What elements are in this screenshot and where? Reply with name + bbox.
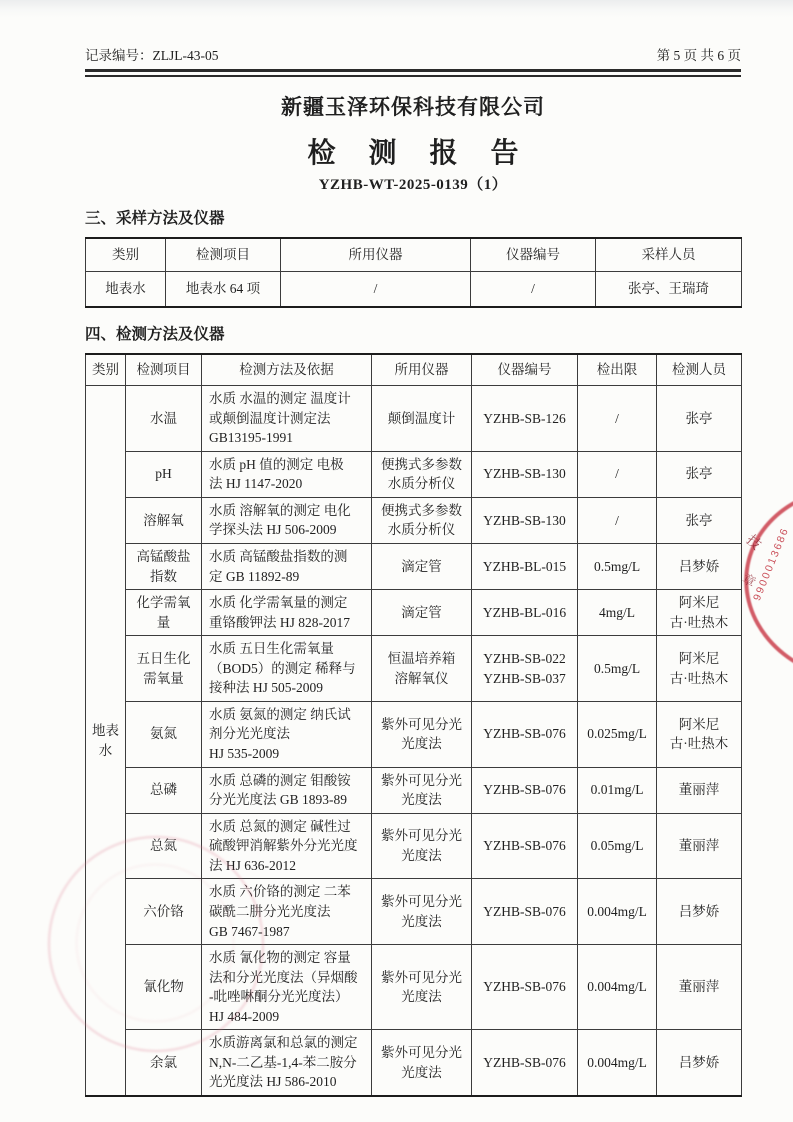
table-cell: /: [471, 272, 596, 308]
table-cell: 水质 五日生化需氧量 （BOD5）的测定 稀释与 接种法 HJ 505-2009: [202, 636, 372, 702]
table-cell: 0.5mg/L: [578, 636, 657, 702]
column-header: 仪器编号: [471, 238, 596, 272]
column-header: 类别: [86, 354, 126, 386]
table-cell: 水质 总氮的测定 碱性过 硫酸钾消解紫外分光光度 法 HJ 636-2012: [202, 813, 372, 879]
table-cell: 高锰酸盐指数: [126, 543, 202, 589]
table-cell: 总氮: [126, 813, 202, 879]
table-cell: 吕梦娇: [657, 1030, 742, 1096]
column-header: 所用仪器: [281, 238, 471, 272]
table-cell: YZHB-SB-130: [472, 497, 578, 543]
table-cell: 阿米尼 古·吐热木: [657, 636, 742, 702]
table-cell: 水质 氰化物的测定 容量 法和分光光度法（异烟酸 -吡唑啉酮分光光度法） HJ …: [202, 945, 372, 1030]
column-header: 检测人员: [657, 354, 742, 386]
table-cell: 余氯: [126, 1030, 202, 1096]
table-row: 氰化物 水质 氰化物的测定 容量 法和分光光度法（异烟酸 -吡唑啉酮分光光度法）…: [86, 945, 742, 1030]
table-cell: 氨氮: [126, 701, 202, 767]
report-number: YZHB-WT-2025-0139（1）: [85, 173, 741, 194]
table-cell: 六价铬: [126, 879, 202, 945]
table-cell: 水质游离氯和总氯的测定 N,N-二乙基-1,4-苯二胺分 光光度法 HJ 586…: [202, 1030, 372, 1096]
table-row: 地表水 水温 水质 水温的测定 温度计 或颠倒温度计测定法 GB13195-19…: [86, 386, 742, 452]
table-cell: 4mg/L: [578, 590, 657, 636]
table-cell: 张亭: [657, 386, 742, 452]
table-cell: 水质 水温的测定 温度计 或颠倒温度计测定法 GB13195-1991: [202, 386, 372, 452]
table-cell: 水质 氨氮的测定 纳氏试 剂分光光度法 HJ 535-2009: [202, 701, 372, 767]
table-row: 总磷 水质 总磷的测定 钼酸铵 分光光度法 GB 1893-89 紫外可见分光 …: [86, 767, 742, 813]
table-cell: 便携式多参数 水质分析仪: [372, 497, 472, 543]
table-cell: 水质 高锰酸盐指数的测 定 GB 11892-89: [202, 543, 372, 589]
page-header: 记录编号：ZLJL-43-05 第 5 页 共 6 页: [85, 44, 741, 64]
table-cell: 地表水: [86, 272, 166, 308]
table-cell: /: [578, 451, 657, 497]
table-cell: YZHB-SB-076: [472, 701, 578, 767]
table-cell: YZHB-SB-022 YZHB-SB-037: [472, 636, 578, 702]
category-cell: 地表水: [86, 386, 126, 1097]
table-cell: 颠倒温度计: [372, 386, 472, 452]
column-header: 检出限: [578, 354, 657, 386]
table-cell: 0.025mg/L: [578, 701, 657, 767]
table-cell: YZHB-BL-016: [472, 590, 578, 636]
table-cell: YZHB-SB-130: [472, 451, 578, 497]
table-cell: pH: [126, 451, 202, 497]
table-cell: 紫外可见分光 光度法: [372, 879, 472, 945]
table-cell: 紫外可见分光 光度法: [372, 701, 472, 767]
table-cell: 0.004mg/L: [578, 1030, 657, 1096]
column-header: 所用仪器: [372, 354, 472, 386]
table-cell: 董丽萍: [657, 767, 742, 813]
table-cell: 氰化物: [126, 945, 202, 1030]
table-cell: 滴定管: [372, 590, 472, 636]
column-header: 检测项目: [166, 238, 281, 272]
table-row: 氨氮 水质 氨氮的测定 纳氏试 剂分光光度法 HJ 535-2009 紫外可见分…: [86, 701, 742, 767]
document-page: 记录编号：ZLJL-43-05 第 5 页 共 6 页 新疆玉泽环保科技有限公司…: [0, 0, 793, 1122]
table-cell: 阿米尼 古·吐热木: [657, 701, 742, 767]
table-cell: 0.5mg/L: [578, 543, 657, 589]
table-row: 溶解氧 水质 溶解氧的测定 电化 学探头法 HJ 506-2009 便携式多参数…: [86, 497, 742, 543]
table-cell: 0.004mg/L: [578, 945, 657, 1030]
table-cell: 董丽萍: [657, 813, 742, 879]
table-cell: 0.004mg/L: [578, 879, 657, 945]
table-cell: 水质 pH 值的测定 电极 法 HJ 1147-2020: [202, 451, 372, 497]
table-cell: 水质 六价铬的测定 二苯 碳酰二肼分光光度法 GB 7467-1987: [202, 879, 372, 945]
table-cell: YZHB-SB-076: [472, 879, 578, 945]
table-cell: 紫外可见分光 光度法: [372, 767, 472, 813]
table-row: 五日生化需氧量 水质 五日生化需氧量 （BOD5）的测定 稀释与 接种法 HJ …: [86, 636, 742, 702]
page-indicator: 第 5 页 共 6 页: [657, 44, 741, 64]
table-cell: 阿米尼 古·吐热木: [657, 590, 742, 636]
testing-methods-table: 类别 检测项目 检测方法及依据 所用仪器 仪器编号 检出限 检测人员 地表水 水…: [85, 353, 742, 1097]
record-number: 记录编号：ZLJL-43-05: [85, 44, 218, 64]
table-row: pH 水质 pH 值的测定 电极 法 HJ 1147-2020 便携式多参数 水…: [86, 451, 742, 497]
table-cell: 0.01mg/L: [578, 767, 657, 813]
table-cell: 水质 化学需氧量的测定 重铬酸钾法 HJ 828-2017: [202, 590, 372, 636]
company-name: 新疆玉泽环保科技有限公司: [85, 91, 741, 121]
table-cell: 吕梦娇: [657, 543, 742, 589]
table-cell: 化学需氧量: [126, 590, 202, 636]
table-cell: 水温: [126, 386, 202, 452]
table-cell: 水质 溶解氧的测定 电化 学探头法 HJ 506-2009: [202, 497, 372, 543]
table-header-row: 类别 检测项目 检测方法及依据 所用仪器 仪器编号 检出限 检测人员: [86, 354, 742, 386]
table-row: 余氯 水质游离氯和总氯的测定 N,N-二乙基-1,4-苯二胺分 光光度法 HJ …: [86, 1030, 742, 1096]
column-header: 检测方法及依据: [202, 354, 372, 386]
table-cell: 滴定管: [372, 543, 472, 589]
table-cell: /: [578, 497, 657, 543]
table-cell: 吕梦娇: [657, 879, 742, 945]
column-header: 仪器编号: [472, 354, 578, 386]
column-header: 检测项目: [126, 354, 202, 386]
table-cell: 紫外可见分光 光度法: [372, 945, 472, 1030]
sampling-methods-table: 类别 检测项目 所用仪器 仪器编号 采样人员 地表水 地表水 64 项 / / …: [85, 237, 742, 308]
table-cell: 张亭、王瑞琦: [596, 272, 742, 308]
table-row: 总氮 水质 总氮的测定 碱性过 硫酸钾消解紫外分光光度 法 HJ 636-201…: [86, 813, 742, 879]
table-cell: 张亭: [657, 497, 742, 543]
table-cell: 溶解氧: [126, 497, 202, 543]
table-cell: 五日生化需氧量: [126, 636, 202, 702]
table-cell: 紫外可见分光 光度法: [372, 813, 472, 879]
table-cell: 张亭: [657, 451, 742, 497]
table-cell: /: [281, 272, 471, 308]
report-title: 检 测 报 告: [85, 131, 741, 171]
table-cell: 水质 总磷的测定 钼酸铵 分光光度法 GB 1893-89: [202, 767, 372, 813]
table-row: 高锰酸盐指数 水质 高锰酸盐指数的测 定 GB 11892-89 滴定管 YZH…: [86, 543, 742, 589]
table-header-row: 类别 检测项目 所用仪器 仪器编号 采样人员: [86, 238, 742, 272]
table-row: 六价铬 水质 六价铬的测定 二苯 碳酰二肼分光光度法 GB 7467-1987 …: [86, 879, 742, 945]
table-row: 地表水 地表水 64 项 / / 张亭、王瑞琦: [86, 272, 742, 308]
table-cell: 便携式多参数 水质分析仪: [372, 451, 472, 497]
table-cell: YZHB-SB-076: [472, 767, 578, 813]
section4-heading: 四、检测方法及仪器: [85, 322, 741, 344]
table-cell: 恒温培养箱 溶解氧仪: [372, 636, 472, 702]
column-header: 类别: [86, 238, 166, 272]
table-cell: YZHB-SB-076: [472, 1030, 578, 1096]
column-header: 采样人员: [596, 238, 742, 272]
section3-heading: 三、采样方法及仪器: [85, 206, 741, 228]
table-cell: 董丽萍: [657, 945, 742, 1030]
table-cell: YZHB-SB-076: [472, 813, 578, 879]
table-cell: YZHB-SB-076: [472, 945, 578, 1030]
table-cell: 地表水 64 项: [166, 272, 281, 308]
table-cell: 总磷: [126, 767, 202, 813]
page-content: 记录编号：ZLJL-43-05 第 5 页 共 6 页 新疆玉泽环保科技有限公司…: [85, 0, 741, 1097]
table-cell: /: [578, 386, 657, 452]
table-row: 化学需氧量 水质 化学需氧量的测定 重铬酸钾法 HJ 828-2017 滴定管 …: [86, 590, 742, 636]
table-cell: 紫外可见分光 光度法: [372, 1030, 472, 1096]
table-cell: YZHB-BL-015: [472, 543, 578, 589]
table-cell: YZHB-SB-126: [472, 386, 578, 452]
table-cell: 0.05mg/L: [578, 813, 657, 879]
header-double-rule: [85, 69, 741, 77]
